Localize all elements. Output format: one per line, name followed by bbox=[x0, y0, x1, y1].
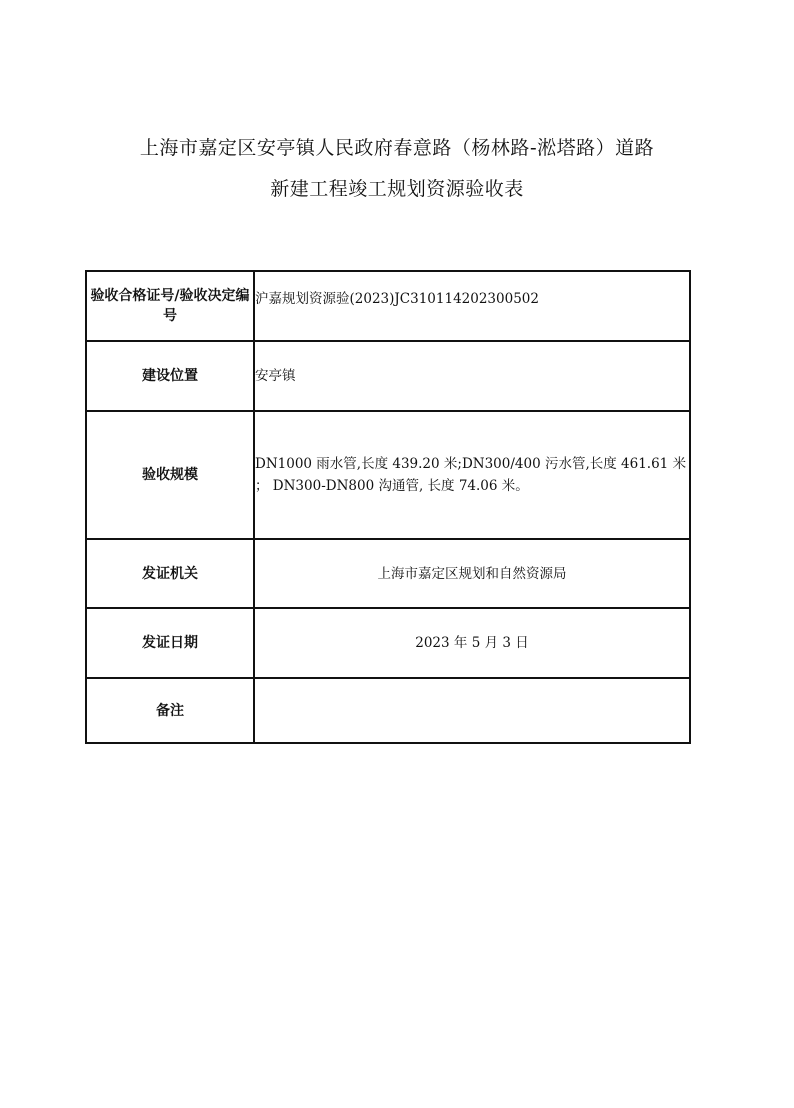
document-title-line-1: 上海市嘉定区安亭镇人民政府春意路（杨林路-淞塔路）道路 bbox=[0, 133, 794, 160]
table-row-remarks: 备注 bbox=[86, 678, 690, 743]
remarks-value bbox=[254, 678, 690, 743]
location-value: 安亭镇 bbox=[254, 341, 690, 411]
row-label: 备注 bbox=[86, 678, 254, 743]
table-row-scale: 验收规模 DN1000 雨水管,长度 439.20 米;DN300/400 污水… bbox=[86, 411, 690, 539]
row-label: 验收规模 bbox=[86, 411, 254, 539]
table-row-certificate-number: 验收合格证号/验收决定编号 沪嘉规划资源验(2023)JC31011420230… bbox=[86, 271, 690, 341]
certificate-number-value: 沪嘉规划资源验(2023)JC310114202300502 bbox=[254, 271, 690, 341]
table-row-location: 建设位置 安亭镇 bbox=[86, 341, 690, 411]
row-label: 发证机关 bbox=[86, 539, 254, 608]
issuing-authority-value: 上海市嘉定区规划和自然资源局 bbox=[254, 539, 690, 608]
issue-date-value: 2023 年 5 月 3 日 bbox=[254, 608, 690, 678]
table-row-issuing-authority: 发证机关 上海市嘉定区规划和自然资源局 bbox=[86, 539, 690, 608]
acceptance-table: 验收合格证号/验收决定编号 沪嘉规划资源验(2023)JC31011420230… bbox=[85, 270, 691, 744]
row-label: 验收合格证号/验收决定编号 bbox=[86, 271, 254, 341]
document-title-line-2: 新建工程竣工规划资源验收表 bbox=[0, 174, 794, 201]
row-label: 发证日期 bbox=[86, 608, 254, 678]
table-row-issue-date: 发证日期 2023 年 5 月 3 日 bbox=[86, 608, 690, 678]
scale-value: DN1000 雨水管,长度 439.20 米;DN300/400 污水管,长度 … bbox=[254, 411, 690, 539]
row-label: 建设位置 bbox=[86, 341, 254, 411]
